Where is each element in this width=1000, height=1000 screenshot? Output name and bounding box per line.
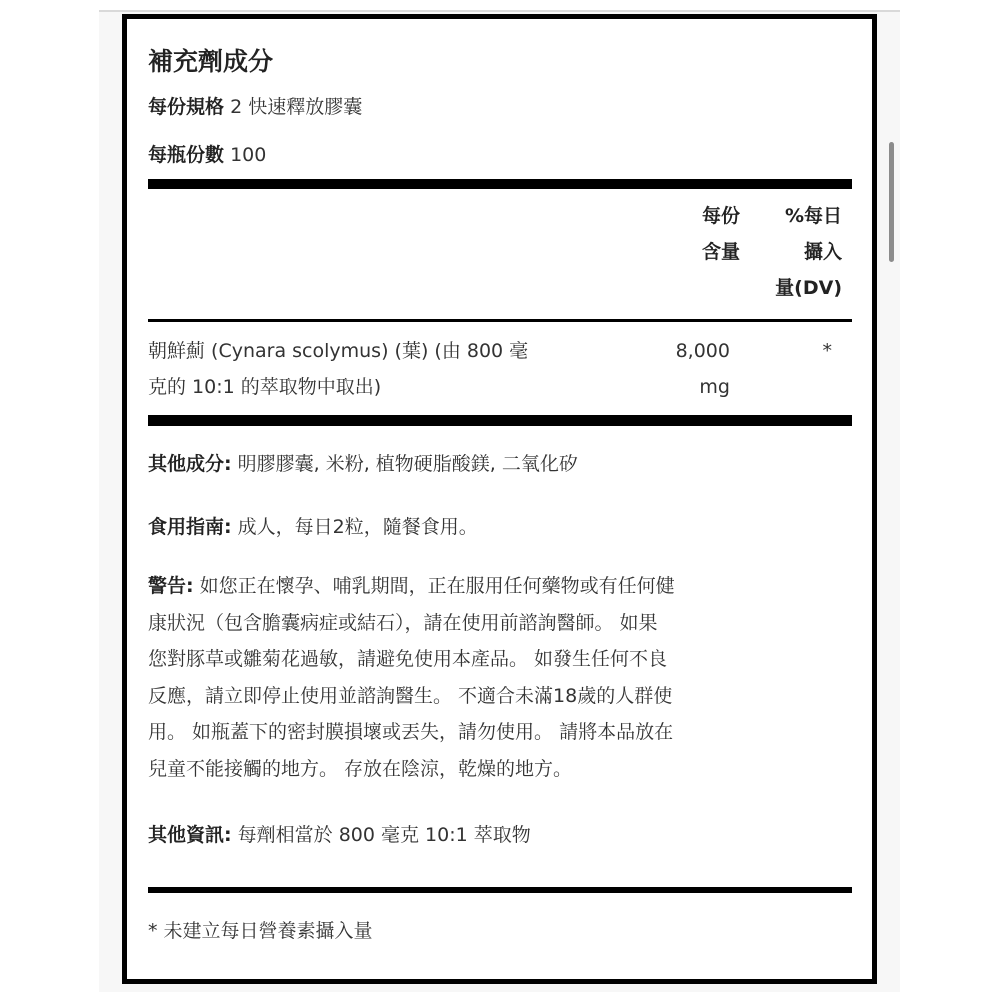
amount-per-serving-header: 每份 含量 — [660, 198, 740, 270]
other-ingredients-label: 其他成分: — [148, 453, 232, 475]
warning-line: 用。 如瓶蓋下的密封膜損壞或丟失，請勿使用。 請將本品放在 — [148, 714, 848, 751]
warning-line: 如您正在懷孕、哺乳期間，正在服用任何藥物或有任何健 — [194, 575, 675, 597]
header-text: 含量 — [660, 234, 740, 270]
other-info-value: 每劑相當於 800 毫克 10:1 萃取物 — [232, 824, 531, 846]
warning-line: 您對豚草或雛菊花過敏，請避免使用本產品。 如發生任何不良 — [148, 641, 848, 678]
other-info-label: 其他資訊: — [148, 824, 232, 846]
footnote: * 未建立每日營養素攝入量 — [148, 913, 848, 950]
directions-label: 食用指南: — [148, 516, 232, 538]
warning: 警告: 如您正在懷孕、哺乳期間，正在服用任何藥物或有任何健 康狀況（包含膽囊病症… — [148, 568, 848, 787]
ingredient-name-line: 朝鮮薊 (Cynara scolymus) (葉) (由 800 毫 — [148, 333, 648, 369]
header-text: 量(DV) — [740, 270, 842, 306]
serving-size-label: 每份規格 — [148, 96, 224, 118]
header-text: 攝入 — [740, 234, 842, 270]
thick-divider — [148, 415, 852, 426]
warning-line: 兒童不能接觸的地方。 存放在陰涼，乾燥的地方。 — [148, 751, 848, 788]
other-ingredients-value: 明膠膠囊, 米粉, 植物硬脂酸鎂, 二氧化矽 — [232, 453, 578, 475]
other-ingredients: 其他成分: 明膠膠囊, 米粉, 植物硬脂酸鎂, 二氧化矽 — [148, 446, 848, 483]
thick-divider — [148, 179, 852, 189]
ingredient-name: 朝鮮薊 (Cynara scolymus) (葉) (由 800 毫 克的 10… — [148, 333, 648, 405]
warning-line: 康狀況（包含膽囊病症或結石），請在使用前諮詢醫師。 如果 — [148, 605, 848, 642]
servings-per-container-label: 每瓶份數 — [148, 144, 224, 166]
medium-divider — [148, 887, 852, 893]
daily-value-header: %每日 攝入 量(DV) — [740, 198, 842, 306]
serving-size-row: 每份規格 2 快速釋放膠囊 — [148, 92, 362, 119]
warning-label: 警告: — [148, 575, 194, 597]
header-text: %每日 — [740, 198, 842, 234]
scrollbar-thumb[interactable] — [889, 142, 894, 262]
amount-unit: mg — [640, 369, 730, 405]
header-text: 每份 — [660, 198, 740, 234]
amount-value: 8,000 — [640, 333, 730, 369]
directions: 食用指南: 成人，每日2粒，隨餐食用。 — [148, 509, 848, 546]
ingredient-name-line: 克的 10:1 的萃取物中取出) — [148, 369, 648, 405]
servings-per-container-row: 每瓶份數 100 — [148, 140, 266, 167]
ingredient-amount: 8,000 mg — [640, 333, 730, 405]
warning-line: 反應，請立即停止使用並諮詢醫生。 不適合未滿18歲的人群使 — [148, 678, 848, 715]
thin-divider — [148, 319, 852, 322]
ingredient-daily-value: * — [790, 333, 832, 369]
directions-value: 成人，每日2粒，隨餐食用。 — [232, 516, 478, 538]
servings-per-container-value: 100 — [230, 144, 266, 166]
serving-size-value: 2 快速釋放膠囊 — [230, 96, 362, 118]
other-info: 其他資訊: 每劑相當於 800 毫克 10:1 萃取物 — [148, 817, 848, 854]
panel-title: 補充劑成分 — [148, 42, 273, 78]
